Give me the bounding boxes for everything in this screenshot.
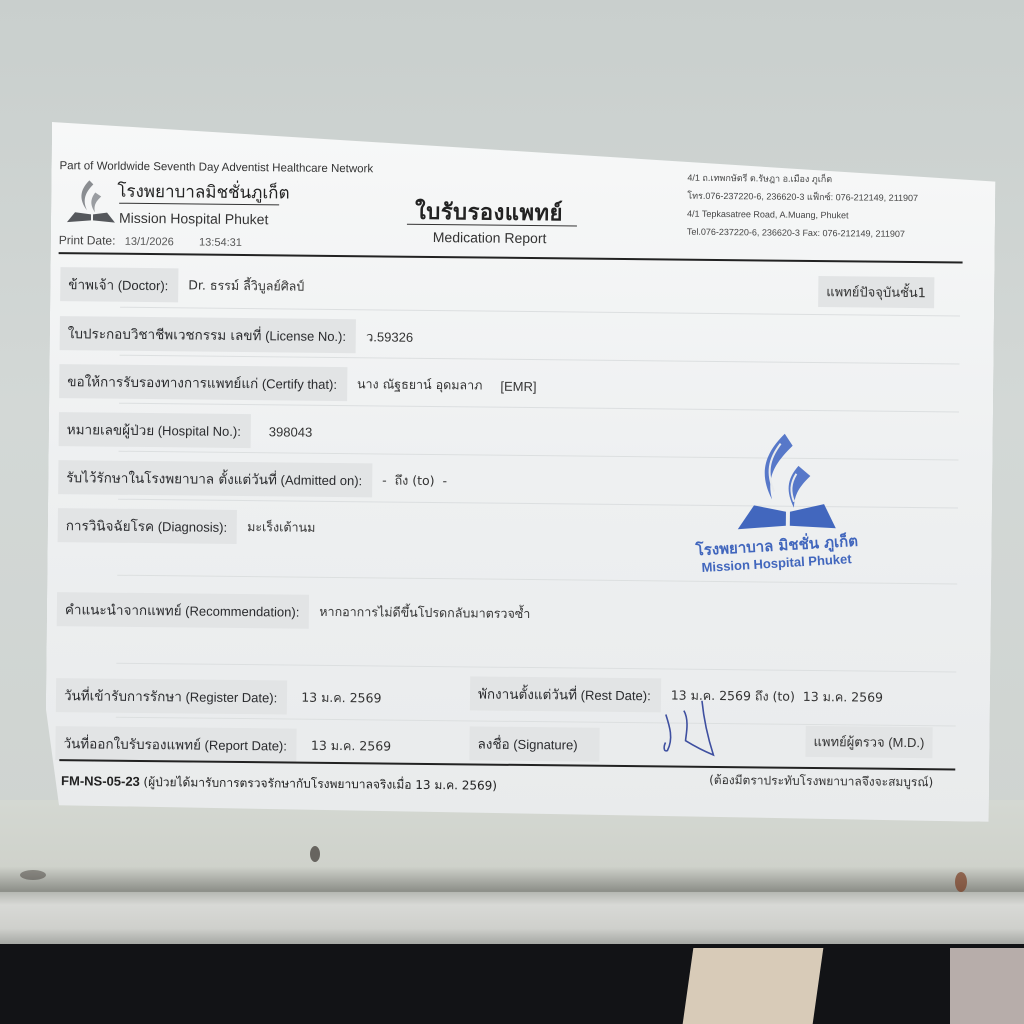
patient-name: นาง ณัฐธยาน์ อุดมลาภ xyxy=(357,374,483,395)
md-label: แพทย์ผู้ตรวจ (M.D.) xyxy=(805,726,932,758)
recommendation-field: คำแนะนำจากแพทย์ (Recommendation): หากอาก… xyxy=(57,592,531,631)
adventist-flame-book-icon xyxy=(65,176,118,227)
hospital-no-value: 398043 xyxy=(269,424,313,439)
recommendation-value: หากอาการไม่ดีขึ้นโปรดกลับมาตรวจซ้ำ xyxy=(319,602,530,624)
register-date-label: วันที่เข้ารับการรักษา (Register Date): xyxy=(56,678,288,714)
address-line: 4/1 Tepkasatree Road, A.Muang, Phuket xyxy=(687,205,918,225)
certify-field: ขอให้การรับรองทางการแพทย์แก่ (Certify th… xyxy=(59,364,537,403)
row-divider xyxy=(116,663,956,673)
doctor-role: แพทย์ปัจจุบันชั้น1 xyxy=(818,276,934,308)
print-time-value: 13:54:31 xyxy=(199,237,242,249)
header-divider xyxy=(59,252,963,263)
row-divider xyxy=(119,403,959,413)
row-divider xyxy=(120,355,960,365)
admitted-field: รับไว้รักษาในโรงพยาบาล ตั้งแต่วันที่ (Ad… xyxy=(58,460,447,498)
diagnosis-value: มะเร็งเต้านม xyxy=(247,517,315,538)
emr-tag: [EMR] xyxy=(500,378,536,393)
license-field: ใบประกอบวิชาชีพเวชกรรม เลขที่ (License N… xyxy=(60,316,414,354)
doctor-label: ข้าพเจ้า (Doctor): xyxy=(60,267,178,302)
footer-note-left: FM-NS-05-23 (ผู้ป่วยได้มารับการตรวจรักษา… xyxy=(61,772,497,796)
certify-label: ขอให้การรับรองทางการแพทย์แก่ (Certify th… xyxy=(59,364,347,401)
medical-certificate-paper: Part of Worldwide Seventh Day Adventist … xyxy=(45,122,996,822)
register-date-value: 13 ม.ค. 2569 xyxy=(301,688,381,709)
rest-date-label: พักงานตั้งแต่วันที่ (Rest Date): xyxy=(470,676,661,712)
floor-object xyxy=(950,948,1024,1024)
address-line: 4/1 ถ.เทพกษัตรี ต.รัษฎา อ.เมือง ภูเก็ต xyxy=(687,169,918,189)
report-date-field: วันที่ออกใบรับรองแพทย์ (Report Date): 13… xyxy=(55,726,391,764)
license-value: ว.59326 xyxy=(366,326,413,347)
stamp-required-note: (ต้องมีตราประทับโรงพยาบาลจึงจะสมบูรณ์) xyxy=(709,771,933,792)
admitted-value: - ถึง (to) - xyxy=(382,470,447,491)
handwritten-signature xyxy=(655,696,736,761)
signature-field: ลงชื่อ (Signature) xyxy=(469,726,599,761)
form-code: FM-NS-05-23 xyxy=(61,773,140,789)
hospital-no-label: หมายเลขผู้ป่วย (Hospital No.): xyxy=(59,412,251,448)
doctor-field: ข้าพเจ้า (Doctor): Dr. ธรรม์ ลี้วิบูลย์ศ… xyxy=(60,267,304,304)
print-date-label: Print Date: xyxy=(59,233,116,248)
register-date-field: วันที่เข้ารับการรักษา (Register Date): 1… xyxy=(56,678,382,715)
address-line: Tel.076-237220-6, 236620-3 Fax: 076-2121… xyxy=(687,223,918,243)
row-divider xyxy=(116,717,956,727)
hospital-stamp: โรงพยาบาล มิชชั่น ภูเก็ต Mission Hospita… xyxy=(691,429,893,591)
counter-edge xyxy=(0,892,1024,944)
doctor-value: Dr. ธรรม์ ลี้วิบูลย์ศิลป์ xyxy=(188,275,304,296)
visit-confirmation: (ผู้ป่วยได้มารับการตรวจรักษากับโรงพยาบาล… xyxy=(143,775,497,793)
report-date-value: 13 ม.ค. 2569 xyxy=(311,736,391,757)
address-line: โทร.076-237220-6, 236620-3 แฟ็กซ์: 076-2… xyxy=(687,187,918,207)
recommendation-label: คำแนะนำจากแพทย์ (Recommendation): xyxy=(57,592,310,629)
print-date-value: 13/1/2026 xyxy=(125,236,174,249)
adventist-flame-book-icon xyxy=(732,429,843,534)
hospital-name-en: Mission Hospital Phuket xyxy=(119,210,269,228)
floor-shadow xyxy=(0,944,1024,1024)
diagnosis-field: การวินิจฉัยโรค (Diagnosis): มะเร็งเต้านม xyxy=(58,508,316,545)
admitted-label: รับไว้รักษาในโรงพยาบาล ตั้งแต่วันที่ (Ad… xyxy=(58,460,372,497)
floor-object xyxy=(683,948,824,1024)
report-date-label: วันที่ออกใบรับรองแพทย์ (Report Date): xyxy=(55,726,297,763)
surface-stain xyxy=(955,872,967,892)
diagnosis-label: การวินิจฉัยโรค (Diagnosis): xyxy=(58,508,238,544)
surface-stain xyxy=(20,870,46,880)
signature-label: ลงชื่อ (Signature) xyxy=(469,726,599,761)
license-label: ใบประกอบวิชาชีพเวชกรรม เลขที่ (License N… xyxy=(60,316,357,353)
surface-stain xyxy=(310,846,320,862)
network-caption: Part of Worldwide Seventh Day Adventist … xyxy=(59,160,373,175)
hospital-address: 4/1 ถ.เทพกษัตรี ต.รัษฎา อ.เมือง ภูเก็ต โ… xyxy=(687,169,919,243)
print-date: Print Date: 13/1/2026 13:54:31 xyxy=(59,233,242,249)
row-divider xyxy=(120,307,960,317)
hospital-no-field: หมายเลขผู้ป่วย (Hospital No.): 398043 xyxy=(59,412,313,449)
document-title-en: Medication Report xyxy=(433,229,547,246)
